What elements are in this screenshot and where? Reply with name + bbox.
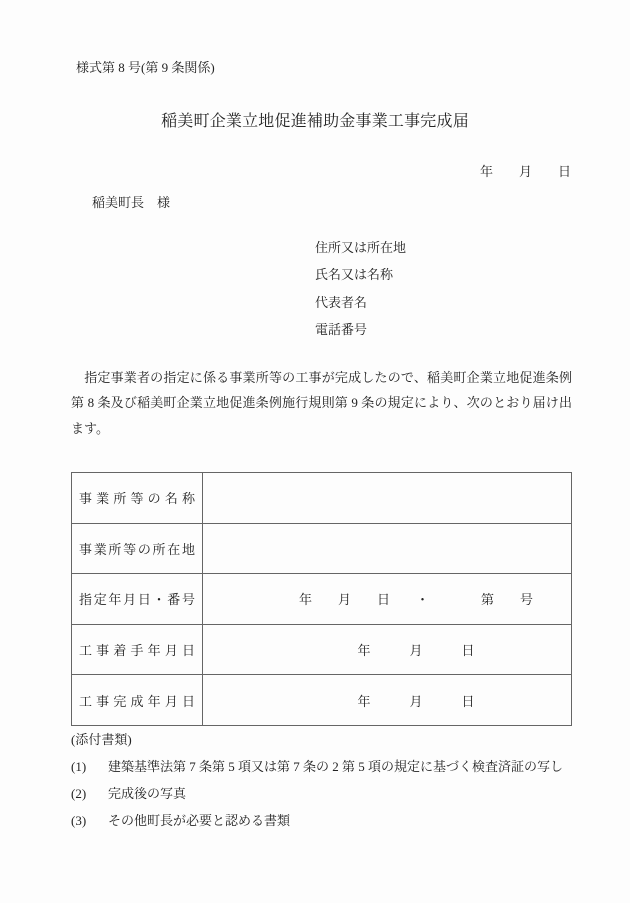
form-table: 事業所等の名称 事業所等の所在地 指定年月日・番号 年 月 日 ・ 第 号 工事… bbox=[71, 472, 572, 726]
field-address-label: 住所又は所在地 bbox=[315, 234, 406, 261]
row-value-business-name bbox=[203, 473, 572, 524]
row-value-construction-completion-date: 年 月 日 bbox=[203, 675, 572, 726]
table-row-designation-date-number: 指定年月日・番号 年 月 日 ・ 第 号 bbox=[72, 574, 572, 625]
attachment-item-2-text: 完成後の写真 bbox=[108, 786, 572, 802]
attachment-item-2-number: (2) bbox=[71, 786, 108, 802]
attachments-heading: (添付書類) bbox=[71, 732, 572, 748]
body-line-1: 指定事業者の指定に係る事業所等の工事が完成したので、稲美町企業立地促進条例 bbox=[71, 365, 572, 390]
attachment-item-1: (1) 建築基準法第 7 条第 5 項又は第 7 条の 2 第 5 項の規定に基… bbox=[71, 759, 572, 775]
row-label-business-address: 事業所等の所在地 bbox=[72, 523, 203, 574]
document-title: 稲美町企業立地促進補助金事業工事完成届 bbox=[0, 112, 630, 132]
form-number: 様式第 8 号(第 9 条関係) bbox=[76, 60, 215, 76]
attachment-item-3: (3) その他町長が必要と認める書類 bbox=[71, 813, 572, 829]
row-label-construction-start-date: 工事着手年月日 bbox=[72, 624, 203, 675]
attachment-item-2: (2) 完成後の写真 bbox=[71, 786, 572, 802]
row-value-business-address bbox=[203, 523, 572, 574]
field-name-label: 氏名又は名称 bbox=[315, 261, 406, 288]
field-phone-label: 電話番号 bbox=[315, 316, 406, 343]
body-paragraph: 指定事業者の指定に係る事業所等の工事が完成したので、稲美町企業立地促進条例 第 … bbox=[71, 365, 572, 441]
field-representative-label: 代表者名 bbox=[315, 289, 406, 316]
date-line: 年 月 日 bbox=[480, 164, 571, 180]
body-line-2: 第 8 条及び稲美町企業立地促進条例施行規則第 9 条の規定により、次のとおり届… bbox=[71, 390, 572, 415]
attachment-item-1-text: 建築基準法第 7 条第 5 項又は第 7 条の 2 第 5 項の規定に基づく検査… bbox=[108, 759, 572, 775]
document-page: 様式第 8 号(第 9 条関係) 稲美町企業立地促進補助金事業工事完成届 年 月… bbox=[0, 0, 630, 903]
applicant-fields: 住所又は所在地 氏名又は名称 代表者名 電話番号 bbox=[315, 234, 406, 343]
attachment-item-1-number: (1) bbox=[71, 759, 108, 775]
row-label-construction-completion-date: 工事完成年月日 bbox=[72, 675, 203, 726]
table-row-business-name: 事業所等の名称 bbox=[72, 473, 572, 524]
row-label-designation-date-number: 指定年月日・番号 bbox=[72, 574, 203, 625]
row-value-construction-start-date: 年 月 日 bbox=[203, 624, 572, 675]
row-label-business-name: 事業所等の名称 bbox=[72, 473, 203, 524]
attachment-item-3-text: その他町長が必要と認める書類 bbox=[108, 813, 572, 829]
attachment-item-3-number: (3) bbox=[71, 813, 108, 829]
addressee: 稲美町長 様 bbox=[92, 195, 170, 211]
table-row-construction-completion-date: 工事完成年月日 年 月 日 bbox=[72, 675, 572, 726]
table-row-business-address: 事業所等の所在地 bbox=[72, 523, 572, 574]
row-value-designation-date-number: 年 月 日 ・ 第 号 bbox=[203, 574, 572, 625]
attachments-section: (添付書類) (1) 建築基準法第 7 条第 5 項又は第 7 条の 2 第 5… bbox=[71, 732, 572, 829]
table-row-construction-start-date: 工事着手年月日 年 月 日 bbox=[72, 624, 572, 675]
body-line-3: ます。 bbox=[71, 416, 572, 441]
